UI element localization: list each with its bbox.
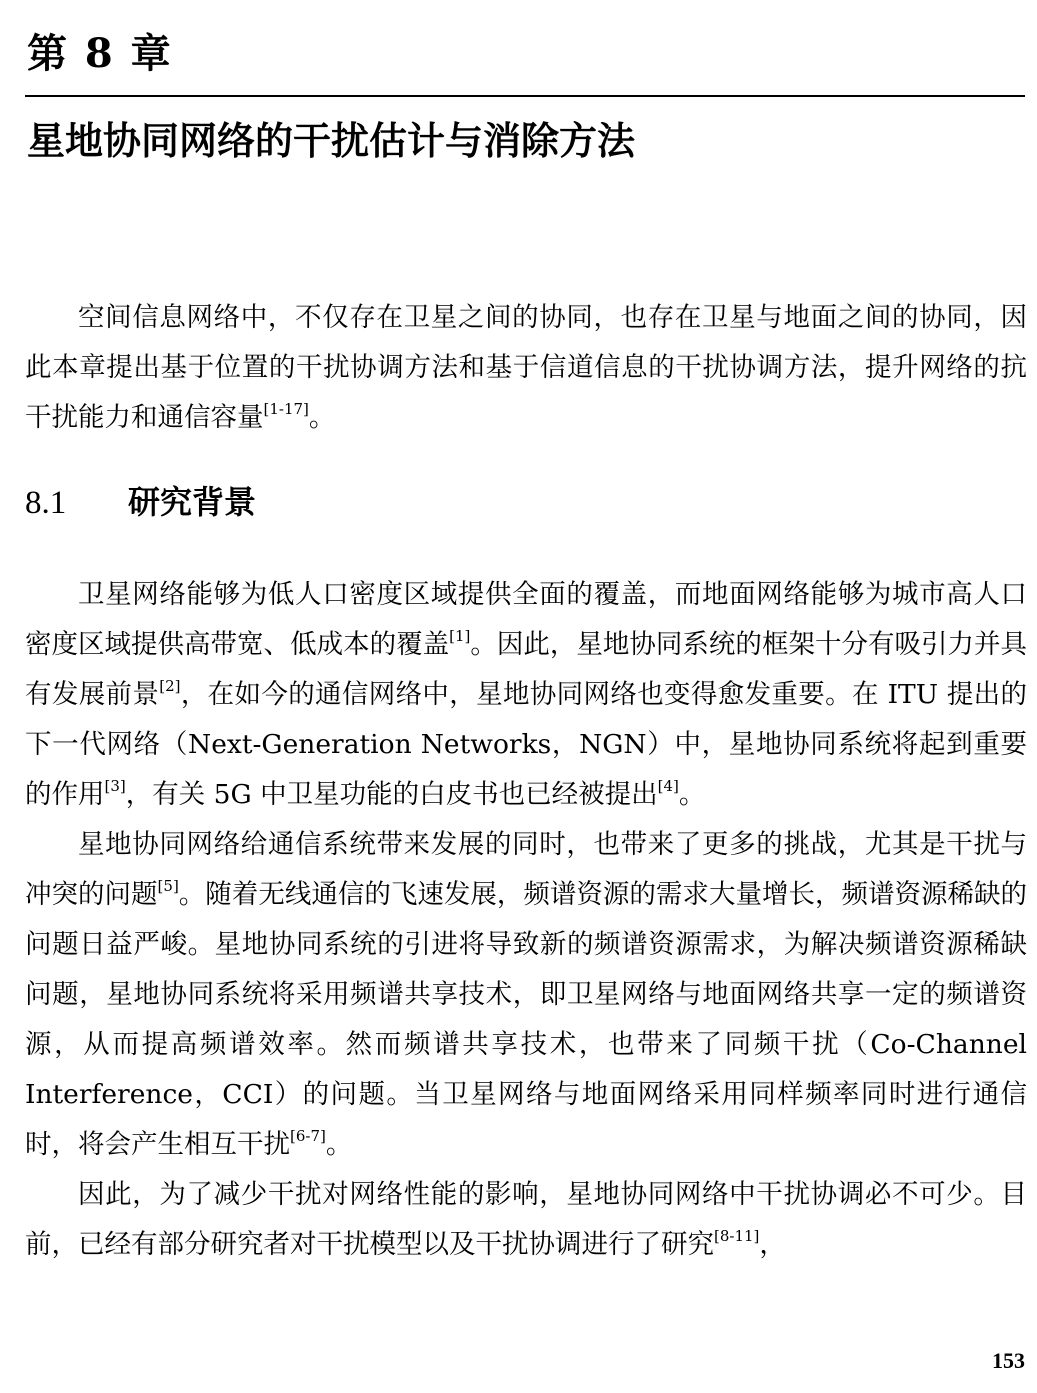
citation: [1] [449, 627, 470, 645]
chapter-divider [25, 95, 1025, 97]
section-number: 8.1 [25, 475, 128, 531]
chapter-label: 第 8 章 [27, 26, 173, 82]
intro-paragraph: 空间信息网络中，不仅存在卫星之间的协同，也存在卫星与地面之间的协同，因此本章提出… [25, 293, 1027, 443]
citation: [1-17] [264, 400, 309, 418]
citation: [8-11] [714, 1227, 759, 1245]
citation: [6-7] [290, 1127, 326, 1145]
section-title: 研究背景 [128, 483, 256, 521]
citation: [3] [105, 777, 126, 795]
citation: [2] [159, 677, 180, 695]
paragraph-text: 因此，为了减少干扰对网络性能的影响，星地协同网络中干扰协调必不可少。目前，已经有… [25, 1179, 1027, 1260]
paragraph-text: 。 [679, 779, 706, 810]
body-paragraph-3: 因此，为了减少干扰对网络性能的影响，星地协同网络中干扰协调必不可少。目前，已经有… [25, 1170, 1027, 1270]
chapter-title: 星地协同网络的干扰估计与消除方法 [27, 112, 635, 170]
citation: [4] [658, 777, 679, 795]
intro-text: 空间信息网络中，不仅存在卫星之间的协同，也存在卫星与地面之间的协同，因此本章提出… [25, 302, 1027, 433]
paragraph-text: ，有关 5G 中卫星功能的白皮书也已经被提出 [126, 779, 658, 810]
paragraph-text: 。随着无线通信的飞速发展，频谱资源的需求大量增长，频谱资源稀缺的问题日益严峻。星… [25, 879, 1027, 1160]
section-heading: 8.1研究背景 [25, 474, 256, 530]
body-paragraph-1: 卫星网络能够为低人口密度区域提供全面的覆盖，而地面网络能够为城市高人口密度区域提… [25, 570, 1027, 820]
paragraph-text: 。 [326, 1129, 353, 1160]
intro-end: 。 [309, 402, 336, 433]
body-paragraph-2: 星地协同网络给通信系统带来发展的同时，也带来了更多的挑战，尤其是干扰与冲突的问题… [25, 820, 1027, 1170]
paragraph-text: ， [759, 1229, 786, 1260]
citation: [5] [158, 877, 179, 895]
page-number: 153 [992, 1348, 1025, 1374]
